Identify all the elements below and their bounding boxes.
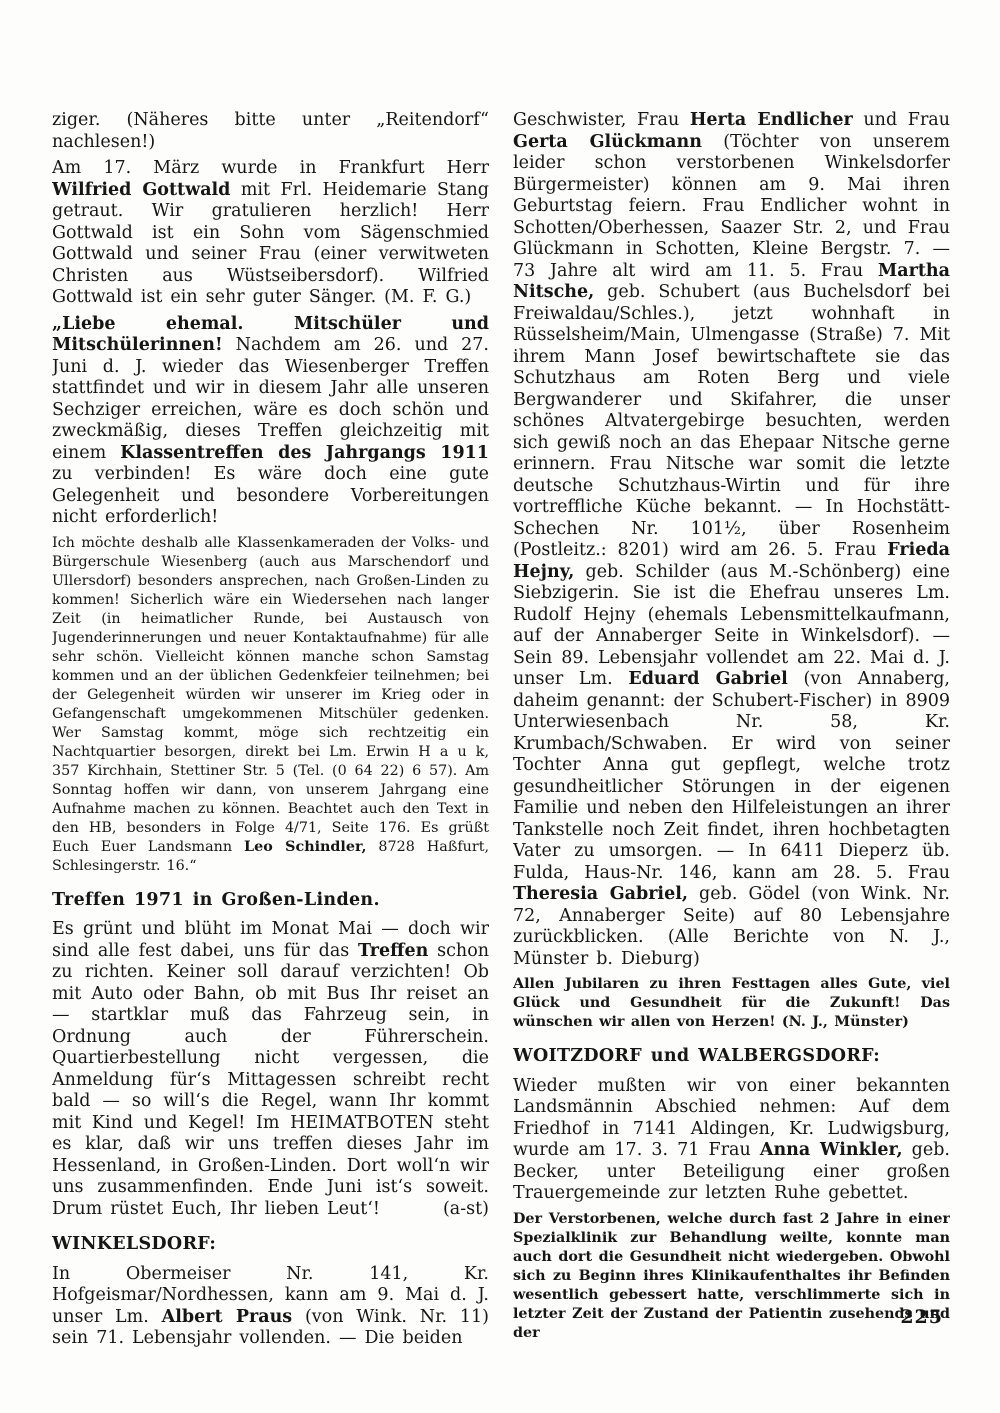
text-segment: ziger. (Näheres bitte unter „Reitendorf“… <box>52 110 489 152</box>
winkelsdorf-heading: WINKELSDORF: <box>52 1234 489 1256</box>
newsletter-page: ziger. (Näheres bitte unter „Reitendorf“… <box>0 0 1000 1413</box>
text-segment: schon zu richten. Keiner soll darauf ver… <box>52 941 489 1219</box>
page-number: 225 <box>900 1306 943 1328</box>
text-segment: Klassentreffen des Jahrgangs 1911 <box>120 443 489 463</box>
text-segment: Treffen <box>358 941 428 961</box>
text-segment: (von Annaberg, daheim genannt: der Schub… <box>513 669 950 883</box>
text-segment: und Frau <box>853 110 950 130</box>
text-segment: WINKELSDORF: <box>52 1234 216 1254</box>
woitzdorf-walbergsdorf-heading: WOITZDORF und WALBERGSDORF: <box>513 1046 950 1068</box>
text-segment: Theresia Gabriel, <box>513 884 688 904</box>
text-segment: Albert Praus <box>162 1307 293 1327</box>
treffen-1971-text: Es grünt und blüht im Monat Mai — doch w… <box>52 919 489 1220</box>
text-segment: geb. Schubert (aus Buchelsdorf bei Freiw… <box>513 282 950 560</box>
text-segment: Anna Winkler, <box>760 1140 903 1160</box>
text-segment: Der Verstorbenen, welche durch fast 2 Ja… <box>513 1211 950 1341</box>
author-initials: (a-st) <box>431 1199 489 1221</box>
text-segment: WOITZDORF und WALBERGSDORF: <box>513 1046 880 1066</box>
birthday-notices: Geschwister, Frau Herta Endlicher und Fr… <box>513 110 950 970</box>
text-segment: zu verbinden! Es wäre doch eine gute Gel… <box>52 464 489 527</box>
classmates-appeal: „Liebe ehemal. Mitschüler und Mitschüler… <box>52 314 489 529</box>
classmates-appeal-details: Ich möchte deshalb alle Klassenkameraden… <box>52 534 489 876</box>
text-segment: Leo Schindler, <box>244 839 366 855</box>
winkelsdorf-text: In Obermeiser Nr. 141, Kr. Hofgeismar/No… <box>52 1264 489 1350</box>
text-segment: Allen Jubilaren zu ihren Festtagen alles… <box>513 976 950 1030</box>
wedding-notice-gottwald: Am 17. März wurde in Frankfurt Herr Wilf… <box>52 158 489 309</box>
treffen-1971-heading: Treffen 1971 in Großen-Linden. <box>52 890 489 912</box>
text-segment: Geschwister, Frau <box>513 110 690 130</box>
continuation-paragraph: ziger. (Näheres bitte unter „Reitendorf“… <box>52 110 489 153</box>
text-segment: (Töchter von unserem leider schon versto… <box>513 132 950 281</box>
text-segment: Treffen 1971 in Großen-Linden. <box>52 890 380 910</box>
jubilare-wishes: Allen Jubilaren zu ihren Festtagen alles… <box>513 975 950 1032</box>
text-segment: Gerta Glückmann <box>513 132 702 152</box>
text-segment: Wilfried Gottwald <box>52 180 230 200</box>
left-column: ziger. (Näheres bitte unter „Reitendorf“… <box>52 110 489 1355</box>
text-segment: Herta Endlicher <box>690 110 853 130</box>
obituary-winkler: Wieder mußten wir von einer bekannten La… <box>513 1076 950 1205</box>
text-columns: ziger. (Näheres bitte unter „Reitendorf“… <box>52 110 950 1355</box>
obituary-winkler-details: Der Verstorbenen, welche durch fast 2 Ja… <box>513 1210 950 1343</box>
text-segment: Ich möchte deshalb alle Klassenkameraden… <box>52 535 489 855</box>
right-column: Geschwister, Frau Herta Endlicher und Fr… <box>513 110 950 1348</box>
text-segment: Eduard Gabriel <box>628 669 787 689</box>
text-segment: Am 17. März wurde in Frankfurt Herr <box>52 158 489 178</box>
